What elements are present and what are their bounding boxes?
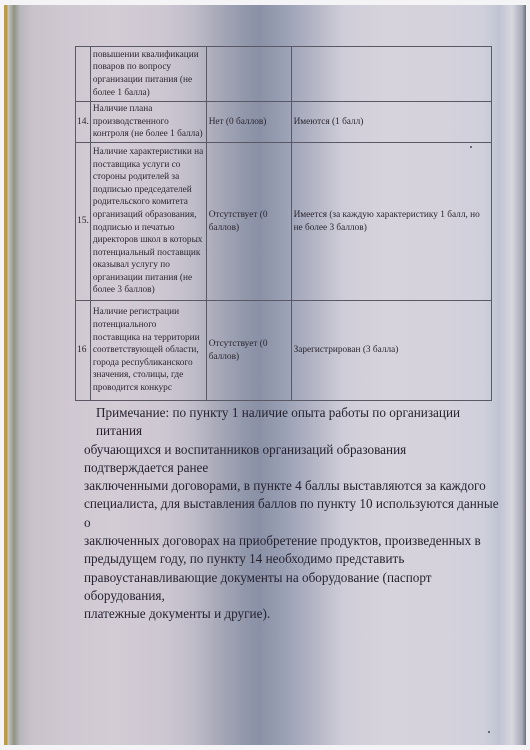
- table-row: повышении квалификации поваров по вопрос…: [76, 47, 492, 102]
- note-line: предыдущем году, по пункту 14 необходимо…: [84, 550, 499, 568]
- row-number: [76, 47, 91, 102]
- table-row: 16 Наличие регистрации потенциального по…: [76, 301, 492, 401]
- present-score-cell: [291, 47, 491, 102]
- present-score-cell: Имеется (за каждую характеристику 1 балл…: [291, 143, 491, 301]
- scoring-criteria-table: повышении квалификации поваров по вопрос…: [75, 46, 492, 401]
- table-row: 14. Наличие плана производственного конт…: [76, 102, 492, 143]
- criterion-cell: повышении квалификации поваров по вопрос…: [90, 47, 206, 102]
- note-line: платежные документы и другие).: [84, 605, 499, 623]
- note-line: обучающихся и воспитанников организаций …: [84, 441, 499, 478]
- note-line: Примечание: по пункту 1 наличие опыта ра…: [84, 404, 499, 441]
- absent-score-cell: Отсутствует (0 баллов): [206, 301, 291, 401]
- table-row: 15. Наличие характеристики на поставщика…: [76, 143, 492, 301]
- note-line: правоустанавливающие документы на оборуд…: [84, 569, 499, 606]
- note-line: заключенных договорах на приобретение пр…: [84, 532, 499, 550]
- note-line: специалиста, для выставления баллов по п…: [84, 495, 499, 532]
- criterion-cell: Наличие плана производственного контроля…: [90, 102, 206, 143]
- note-paragraph: Примечание: по пункту 1 наличие опыта ра…: [84, 404, 499, 624]
- row-number: 15.: [76, 143, 91, 301]
- row-number: 16: [76, 301, 91, 401]
- note-line: заключенными договорами, в пункте 4 балл…: [84, 477, 499, 495]
- present-score-cell: Зарегистрирован (3 балла): [291, 301, 491, 401]
- criterion-cell: Наличие регистрации потенциального поста…: [90, 301, 206, 401]
- present-score-cell: Имеются (1 балл): [291, 102, 491, 143]
- absent-score-cell: Отсутствует (0 баллов): [206, 143, 291, 301]
- scan-speck: [488, 731, 490, 733]
- absent-score-cell: Нет (0 баллов): [206, 102, 291, 143]
- scan-speck: [470, 146, 472, 148]
- criterion-cell: Наличие характеристики на поставщика усл…: [90, 143, 206, 301]
- row-number: 14.: [76, 102, 91, 143]
- absent-score-cell: [206, 47, 291, 102]
